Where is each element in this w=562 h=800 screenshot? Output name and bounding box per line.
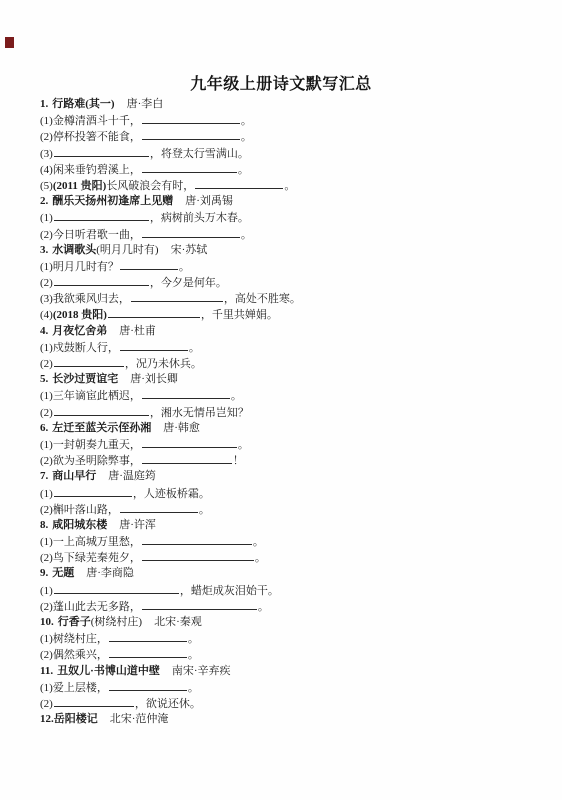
line-text: (1)戍鼓断人行， [40, 342, 119, 354]
poem-number: 4. [40, 325, 48, 337]
poem-header: 11.丑奴儿·书博山道中壁南宋·辛弃疾 [40, 663, 542, 679]
answer-blank [54, 695, 134, 707]
poem-line: (2)槲叶落山路，。 [40, 501, 542, 517]
line-text: ，况乃未休兵。 [125, 358, 202, 370]
answer-blank [54, 355, 124, 367]
line-text: ，人迹板桥霜。 [133, 488, 210, 500]
answer-blank [109, 630, 187, 642]
poem-header: 4.月夜忆舍弟唐·杜甫 [40, 323, 542, 339]
poem-line: (1)爱上层楼，。 [40, 679, 542, 695]
worksheet-page: 九年级上册诗文默写汇总 1.行路难(其一)唐·李白(1)金樽清酒斗十千，。(2)… [0, 0, 562, 800]
answer-blank [142, 549, 254, 561]
poem-subtitle: (明月几时有) [96, 244, 158, 256]
line-text: 。 [284, 180, 295, 192]
poem-number: 11. [40, 665, 53, 677]
poem-number: 5. [40, 373, 48, 385]
line-text: 。 [241, 229, 252, 241]
poem-title: 水调歌头 [52, 244, 96, 256]
line-text: (1)一封朝奏九重天， [40, 439, 141, 451]
line-text: (2) [40, 698, 53, 710]
poem-header: 8.咸阳城东楼唐·许浑 [40, 517, 542, 533]
poem-line: (2)，湘水无情吊岂知？ [40, 404, 542, 420]
poem-line: (1)一封朝奏九重天，。 [40, 436, 542, 452]
poem-number: 1. [40, 98, 48, 110]
poem-author: 唐·温庭筠 [108, 470, 156, 482]
line-text: ，将登太行雪满山。 [150, 148, 249, 160]
answer-blank [142, 226, 240, 238]
line-text: 。 [199, 504, 210, 516]
line-text: ，蜡炬成灰泪始干。 [180, 585, 279, 597]
poem-line: (2)蓬山此去无多路，。 [40, 598, 542, 614]
answer-blank [142, 128, 240, 140]
line-text: (1) [40, 212, 53, 224]
poem-line: (3)我欲乘风归去，，高处不胜寒。 [40, 290, 542, 306]
answer-blank [131, 290, 223, 302]
line-text: (2)蓬山此去无多路， [40, 601, 141, 613]
exam-tag: (2018 贵阳) [53, 309, 107, 321]
answer-blank [142, 533, 252, 545]
poem-number: 3. [40, 244, 48, 256]
answer-blank [142, 452, 232, 464]
poem-line: (2)鸟下绿芜秦苑夕，。 [40, 549, 542, 565]
line-text: (2)槲叶落山路， [40, 504, 119, 516]
line-text: (3)我欲乘风归去， [40, 293, 130, 305]
poem-line: (2)欲为圣明除弊事，！ [40, 452, 542, 468]
poem-title: 商山早行 [52, 470, 96, 482]
poem-line: (1)，人迹板桥霜。 [40, 485, 542, 501]
line-text: 。 [238, 164, 249, 176]
poem-line: (1)明月几时有？。 [40, 258, 542, 274]
line-text: (1)爱上层楼， [40, 682, 108, 694]
poem-line: (3)，将登太行雪满山。 [40, 145, 542, 161]
poem-number: 8. [40, 519, 48, 531]
line-text: (1)树绕村庄， [40, 633, 108, 645]
poem-title: 行路难(其一) [52, 98, 114, 110]
answer-blank [54, 145, 149, 157]
poem-author: 北宋·范仲淹 [110, 713, 169, 725]
line-text: 。 [241, 115, 252, 127]
poem-line: (4)(2018 贵阳)，千里共婵娟。 [40, 306, 542, 322]
line-text: (1) [40, 585, 53, 597]
line-text: (2) [40, 277, 53, 289]
poem-line: (2)，欲说还休。 [40, 695, 542, 711]
line-text: (4) [40, 309, 53, 321]
page-title: 九年级上册诗文默写汇总 [0, 71, 562, 94]
poem-author: 唐·李白 [127, 98, 164, 110]
line-text: (2)欲为圣明除弊事， [40, 455, 141, 467]
poem-header: 5.长沙过贾谊宅唐·刘长卿 [40, 371, 542, 387]
poem-title: 行香子 [58, 616, 91, 628]
answer-blank [109, 679, 187, 691]
answer-blank [120, 258, 178, 270]
poem-line: (2)偶然乘兴，。 [40, 646, 542, 662]
poem-author: 南宋·辛弃疾 [172, 665, 231, 677]
line-text: 。 [258, 601, 269, 613]
poem-author: 唐·许浑 [119, 519, 156, 531]
poem-line: (5)(2011 贵阳)长风破浪会有时，。 [40, 177, 542, 193]
poem-header: 10.行香子(树绕村庄)北宋·秦观 [40, 614, 542, 630]
poem-title: 丑奴儿·书博山道中壁 [57, 665, 160, 677]
line-text: 长风破浪会有时， [106, 180, 194, 192]
poem-line: (1)，蜡炬成灰泪始干。 [40, 582, 542, 598]
line-text: 。 [241, 131, 252, 143]
poem-line: (2)停杯投箸不能食，。 [40, 128, 542, 144]
answer-blank [54, 404, 149, 416]
poem-number: 9. [40, 567, 48, 579]
line-text: 。 [255, 552, 266, 564]
line-text: (3) [40, 148, 53, 160]
line-text: (2) [40, 358, 53, 370]
poem-title: 左迁至蓝关示侄孙湘 [52, 422, 151, 434]
answer-blank [120, 339, 188, 351]
line-text: (1) [40, 488, 53, 500]
poem-number: 7. [40, 470, 48, 482]
line-text: (1)一上高城万里愁， [40, 536, 141, 548]
poem-number: 2. [40, 195, 48, 207]
line-text: ，千里共婵娟。 [201, 309, 278, 321]
line-text: 。 [253, 536, 264, 548]
worksheet-content: 1.行路难(其一)唐·李白(1)金樽清酒斗十千，。(2)停杯投箸不能食，。(3)… [40, 96, 542, 727]
answer-blank [142, 112, 240, 124]
poem-line: (1)戍鼓断人行，。 [40, 339, 542, 355]
line-text: 。 [231, 390, 242, 402]
line-text: 。 [179, 261, 190, 273]
poem-header: 2.酬乐天扬州初逢席上见赠唐·刘禹锡 [40, 193, 542, 209]
line-text: (4)闲来垂钓碧溪上， [40, 164, 141, 176]
line-text: (2)今日听君歌一曲， [40, 229, 141, 241]
line-text: 。 [188, 633, 199, 645]
answer-blank [54, 485, 132, 497]
poem-number: 6. [40, 422, 48, 434]
line-text: (1)明月几时有？ [40, 261, 119, 273]
poem-author: 唐·韩愈 [163, 422, 200, 434]
line-text: ，今夕是何年。 [150, 277, 227, 289]
poem-number: 10. [40, 616, 54, 628]
line-text: 。 [189, 342, 200, 354]
line-text: (2)偶然乘兴， [40, 649, 108, 661]
answer-blank [142, 161, 237, 173]
answer-blank [142, 436, 237, 448]
line-text: (2) [40, 407, 53, 419]
line-text: ，高处不胜寒。 [224, 293, 301, 305]
answer-blank [109, 646, 187, 658]
poem-line: (4)闲来垂钓碧溪上，。 [40, 161, 542, 177]
answer-blank [54, 209, 149, 221]
poem-line: (1)三年谪宦此栖迟，。 [40, 387, 542, 403]
line-text: ，病树前头万木春。 [150, 212, 249, 224]
poem-line: (2)，况乃未休兵。 [40, 355, 542, 371]
poem-line: (1)金樽清酒斗十千，。 [40, 112, 542, 128]
poem-author: 唐·杜甫 [119, 325, 156, 337]
poem-line: (2)今日听君歌一曲，。 [40, 226, 542, 242]
answer-blank [54, 274, 149, 286]
poem-number: 12. [40, 713, 54, 725]
line-text: 。 [238, 439, 249, 451]
poem-author: 唐·李商隐 [86, 567, 134, 579]
poem-header: 12.岳阳楼记北宋·范仲淹 [40, 711, 542, 727]
answer-blank [120, 501, 198, 513]
line-text: ，欲说还休。 [135, 698, 201, 710]
poem-title: 岳阳楼记 [54, 713, 98, 725]
poem-header: 3.水调歌头(明月几时有)宋·苏轼 [40, 242, 542, 258]
poem-header: 9.无题唐·李商隐 [40, 565, 542, 581]
line-text: (1)三年谪宦此栖迟， [40, 390, 141, 402]
answer-blank [142, 387, 230, 399]
poem-header: 6.左迁至蓝关示侄孙湘唐·韩愈 [40, 420, 542, 436]
poem-line: (1)，病树前头万木春。 [40, 209, 542, 225]
line-text: ，湘水无情吊岂知？ [150, 407, 249, 419]
line-text: ！ [233, 455, 244, 467]
line-text: (1)金樽清酒斗十千， [40, 115, 141, 127]
exam-tag: (2011 贵阳) [53, 180, 106, 192]
poem-author: 宋·苏轼 [171, 244, 208, 256]
poem-line: (1)树绕村庄，。 [40, 630, 542, 646]
line-text: (2)鸟下绿芜秦苑夕， [40, 552, 141, 564]
answer-blank [195, 177, 283, 189]
poem-title: 长沙过贾谊宅 [52, 373, 118, 385]
poem-header: 1.行路难(其一)唐·李白 [40, 96, 542, 112]
poem-line: (2)，今夕是何年。 [40, 274, 542, 290]
poem-author: 北宋·秦观 [154, 616, 202, 628]
poem-author: 唐·刘禹锡 [185, 195, 233, 207]
poem-header: 7.商山早行唐·温庭筠 [40, 468, 542, 484]
poem-title: 咸阳城东楼 [52, 519, 107, 531]
poem-title: 无题 [52, 567, 74, 579]
line-text: 。 [188, 649, 199, 661]
answer-blank [54, 582, 179, 594]
line-text: (2)停杯投箸不能食， [40, 131, 141, 143]
line-text: 。 [188, 682, 199, 694]
answer-blank [142, 598, 257, 610]
poem-line: (1)一上高城万里愁，。 [40, 533, 542, 549]
poem-title: 月夜忆舍弟 [52, 325, 107, 337]
line-text: (5) [40, 180, 53, 192]
poem-subtitle: (树绕村庄) [91, 616, 142, 628]
answer-blank [108, 306, 200, 318]
poem-author: 唐·刘长卿 [130, 373, 178, 385]
poem-title: 酬乐天扬州初逢席上见赠 [52, 195, 173, 207]
scan-artifact-mark [5, 37, 14, 48]
